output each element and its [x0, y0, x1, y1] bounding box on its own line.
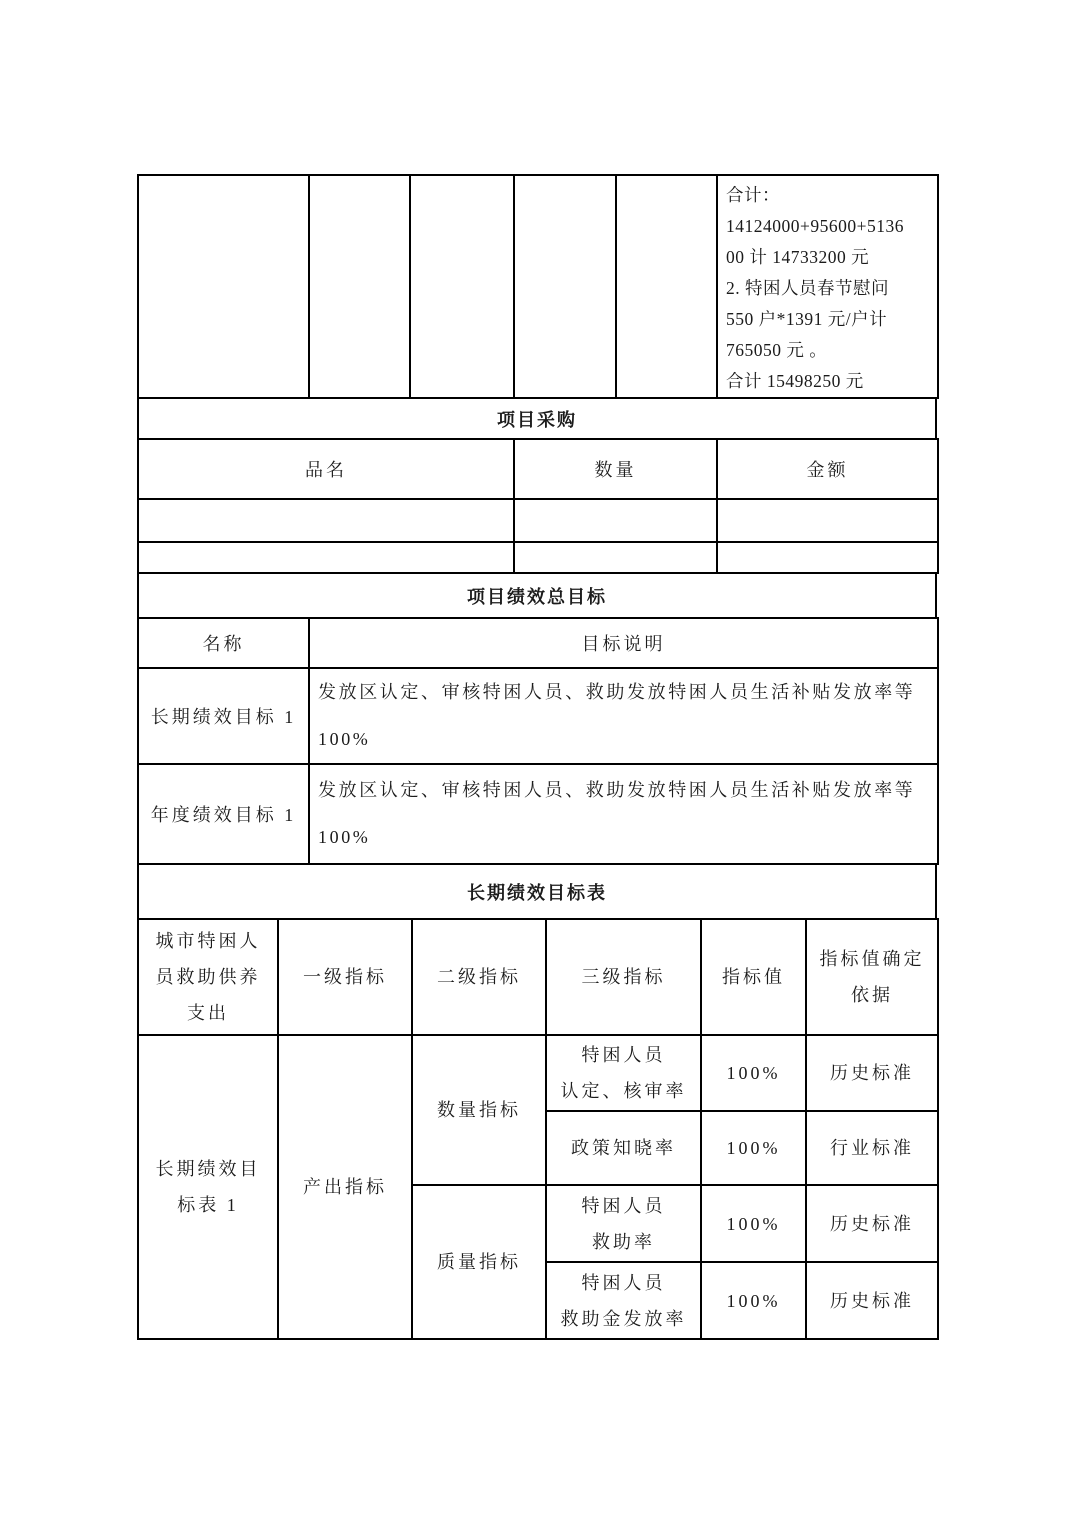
goals-column-row: 名称 目标说明	[138, 618, 938, 668]
level2-cell: 质量指标	[412, 1185, 546, 1339]
col-goal-name: 名称	[138, 618, 309, 668]
level2-cell: 数量指标	[412, 1035, 546, 1185]
empty-cell	[616, 175, 717, 398]
procurement-empty-row	[138, 542, 938, 573]
basis-cell: 历史标准	[806, 1262, 938, 1339]
level3-cell: 特困人员 救助金发放率	[546, 1262, 701, 1339]
overall-goals-title: 项目绩效总目标	[138, 573, 936, 618]
col-level2-indicator: 二级指标	[412, 919, 546, 1035]
quantity-cell	[514, 499, 717, 542]
continuation-row: 合计： 14124000+95600+5136 00 计 14733200 元 …	[138, 175, 938, 398]
value-cell: 100%	[701, 1111, 806, 1185]
annual-goal-row: 年度绩效目标 1 发放区认定、审核特困人员、救助发放特困人员生活补贴发放率等 1…	[138, 764, 938, 864]
amount-cell	[717, 499, 938, 542]
col-level3-indicator: 三级指标	[546, 919, 701, 1035]
overall-goals-header: 项目绩效总目标	[137, 572, 937, 619]
longterm-table-title: 长期绩效目标表	[138, 864, 936, 919]
value-cell: 100%	[701, 1185, 806, 1262]
empty-cell	[410, 175, 514, 398]
group-name-cell: 长期绩效目 标表 1	[138, 1035, 278, 1339]
procurement-table: 品名 数量 金额	[137, 438, 939, 574]
empty-cell	[309, 175, 410, 398]
col-quantity: 数量	[514, 439, 717, 499]
value-cell: 100%	[701, 1262, 806, 1339]
empty-cell	[514, 175, 616, 398]
total-note-cell: 合计： 14124000+95600+5136 00 计 14733200 元 …	[717, 175, 938, 398]
col-value-basis: 指标值确定 依据	[806, 919, 938, 1035]
value-cell: 100%	[701, 1035, 806, 1111]
goal-description-cell: 发放区认定、审核特困人员、救助发放特困人员生活补贴发放率等 100%	[309, 668, 938, 764]
col-indicator-value: 指标值	[701, 919, 806, 1035]
procurement-empty-row	[138, 499, 938, 542]
basis-cell: 历史标准	[806, 1185, 938, 1262]
col-goal-description: 目标说明	[309, 618, 938, 668]
level1-cell: 产出指标	[278, 1035, 412, 1339]
longterm-indicators-table: 城市特困人 员救助供养 支出 一级指标 二级指标 三级指标 指标值 指标值确定 …	[137, 918, 939, 1340]
longterm-goal-row: 长期绩效目标 1 发放区认定、审核特困人员、救助发放特困人员生活补贴发放率等 1…	[138, 668, 938, 764]
indicator-row: 长期绩效目 标表 1 产出指标 数量指标 特困人员 认定、核审率 100% 历史…	[138, 1035, 938, 1111]
goal-description-cell: 发放区认定、审核特困人员、救助发放特困人员生活补贴发放率等 100%	[309, 764, 938, 864]
goal-name-cell: 长期绩效目标 1	[138, 668, 309, 764]
col-amount: 金额	[717, 439, 938, 499]
overall-goals-table: 名称 目标说明 长期绩效目标 1 发放区认定、审核特困人员、救助发放特困人员生活…	[137, 617, 939, 865]
performance-document: 合计： 14124000+95600+5136 00 计 14733200 元 …	[137, 174, 937, 1340]
longterm-table-header: 长期绩效目标表	[137, 863, 937, 920]
item-cell	[138, 542, 514, 573]
procurement-column-row: 品名 数量 金额	[138, 439, 938, 499]
level3-cell: 特困人员 认定、核审率	[546, 1035, 701, 1111]
col-level1-indicator: 一级指标	[278, 919, 412, 1035]
amount-cell	[717, 542, 938, 573]
empty-cell	[138, 175, 309, 398]
procurement-header: 项目采购	[137, 397, 937, 440]
continuation-table: 合计： 14124000+95600+5136 00 计 14733200 元 …	[137, 174, 939, 399]
quantity-cell	[514, 542, 717, 573]
indicators-column-row: 城市特困人 员救助供养 支出 一级指标 二级指标 三级指标 指标值 指标值确定 …	[138, 919, 938, 1035]
basis-cell: 历史标准	[806, 1035, 938, 1111]
level3-cell: 特困人员 救助率	[546, 1185, 701, 1262]
item-cell	[138, 499, 514, 542]
goal-name-cell: 年度绩效目标 1	[138, 764, 309, 864]
col-item-name: 品名	[138, 439, 514, 499]
procurement-title: 项目采购	[138, 398, 936, 439]
level3-cell: 政策知晓率	[546, 1111, 701, 1185]
basis-cell: 行业标准	[806, 1111, 938, 1185]
indicator-project-cell: 城市特困人 员救助供养 支出	[138, 919, 278, 1035]
